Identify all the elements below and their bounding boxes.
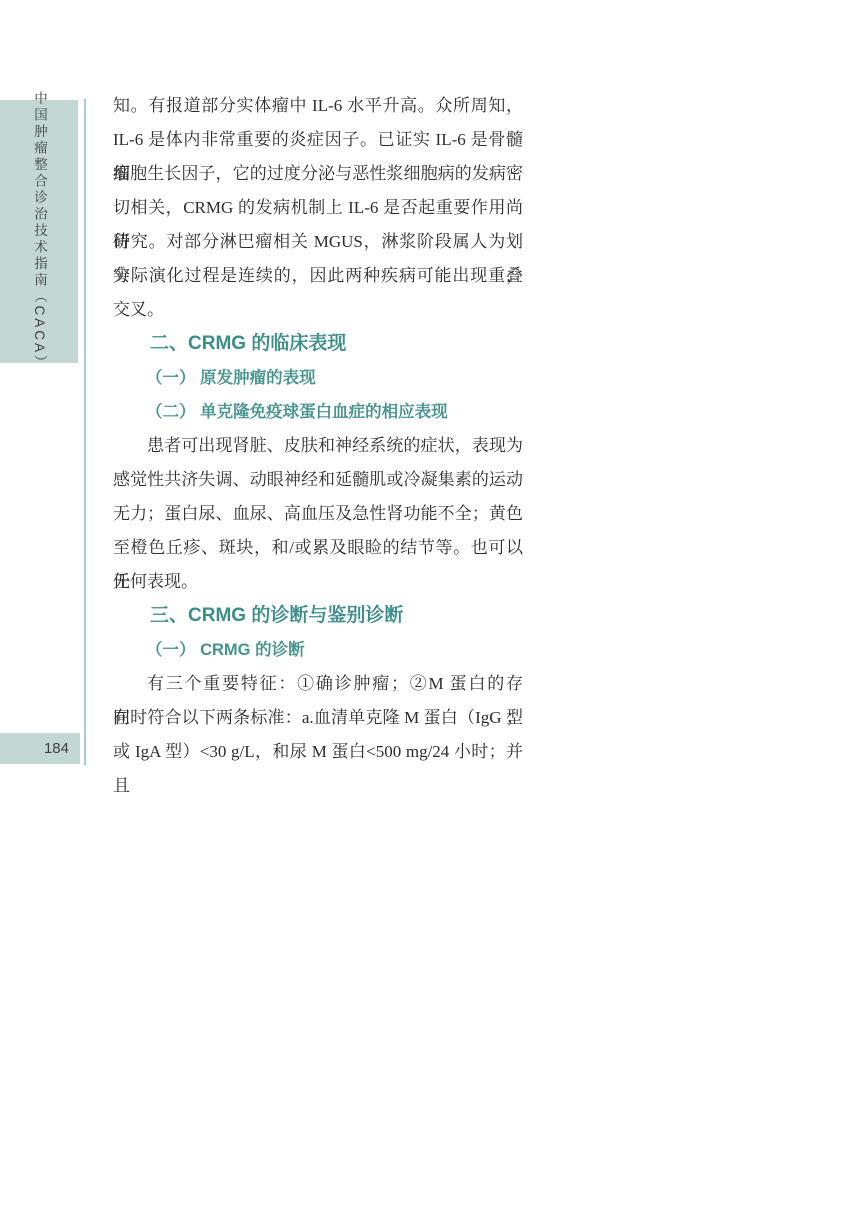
body-line: 或 IgA 型）<30 g/L，和尿 M 蛋白<500 mg/24 小时；并且 <box>113 735 523 769</box>
section-heading: 二、CRMG 的临床表现 <box>113 327 523 361</box>
body-line: IL-6 是体内非常重要的炎症因子。已证实 IL-6 是骨髓瘤 <box>113 123 523 157</box>
body-line: 知。有报道部分实体瘤中 IL-6 水平升高。众所周知， <box>113 89 523 123</box>
body-line: 同时符合以下两条标准：a.血清单克隆 M 蛋白（IgG 型 <box>113 701 523 735</box>
page-number: 184 <box>44 740 69 757</box>
body-line: 感觉性共济失调、动眼神经和延髓肌或冷凝集素的运动 <box>113 463 523 497</box>
body-line: 细胞生长因子，它的过度分泌与恶性浆细胞病的发病密 <box>113 157 523 191</box>
body-line: 任何表现。 <box>113 565 523 599</box>
subsection-heading: （二） 单克隆免疫球蛋白血症的相应表现 <box>113 395 523 429</box>
section-heading: 三、CRMG 的诊断与鉴别诊断 <box>113 599 523 633</box>
body-line: 实际演化过程是连续的，因此两种疾病可能出现重叠 <box>113 259 523 293</box>
body-line: 患者可出现肾脏、皮肤和神经系统的症状，表现为 <box>113 429 523 463</box>
sidebar-divider-line <box>84 99 86 765</box>
body-line: 有三个重要特征：①确诊肿瘤；②M 蛋白的存在； <box>113 667 523 701</box>
body-line: 研究。对部分淋巴瘤相关 MGUS，淋浆阶段属人为划分， <box>113 225 523 259</box>
book-page: 中国肿瘤整合诊治技术指南（CACA） 184 知。有报道部分实体瘤中 IL-6 … <box>0 0 867 1218</box>
page-number-badge: 184 <box>0 733 80 764</box>
body-line: 切相关，CRMG 的发病机制上 IL-6 是否起重要作用尚待 <box>113 191 523 225</box>
body-line: 无力；蛋白尿、血尿、高血压及急性肾功能不全；黄色 <box>113 497 523 531</box>
body-line: 交叉。 <box>113 293 523 327</box>
subsection-heading: （一） CRMG 的诊断 <box>113 633 523 667</box>
subsection-heading: （一） 原发肿瘤的表现 <box>113 361 523 395</box>
sidebar-title-text: 中国肿瘤整合诊治技术指南（CACA） <box>29 91 49 372</box>
body-line: 至橙色丘疹、斑块，和/或累及眼睑的结节等。也可以无 <box>113 531 523 565</box>
sidebar-title-box: 中国肿瘤整合诊治技术指南（CACA） <box>0 100 78 363</box>
text-column: 知。有报道部分实体瘤中 IL-6 水平升高。众所周知， IL-6 是体内非常重要… <box>113 89 523 769</box>
